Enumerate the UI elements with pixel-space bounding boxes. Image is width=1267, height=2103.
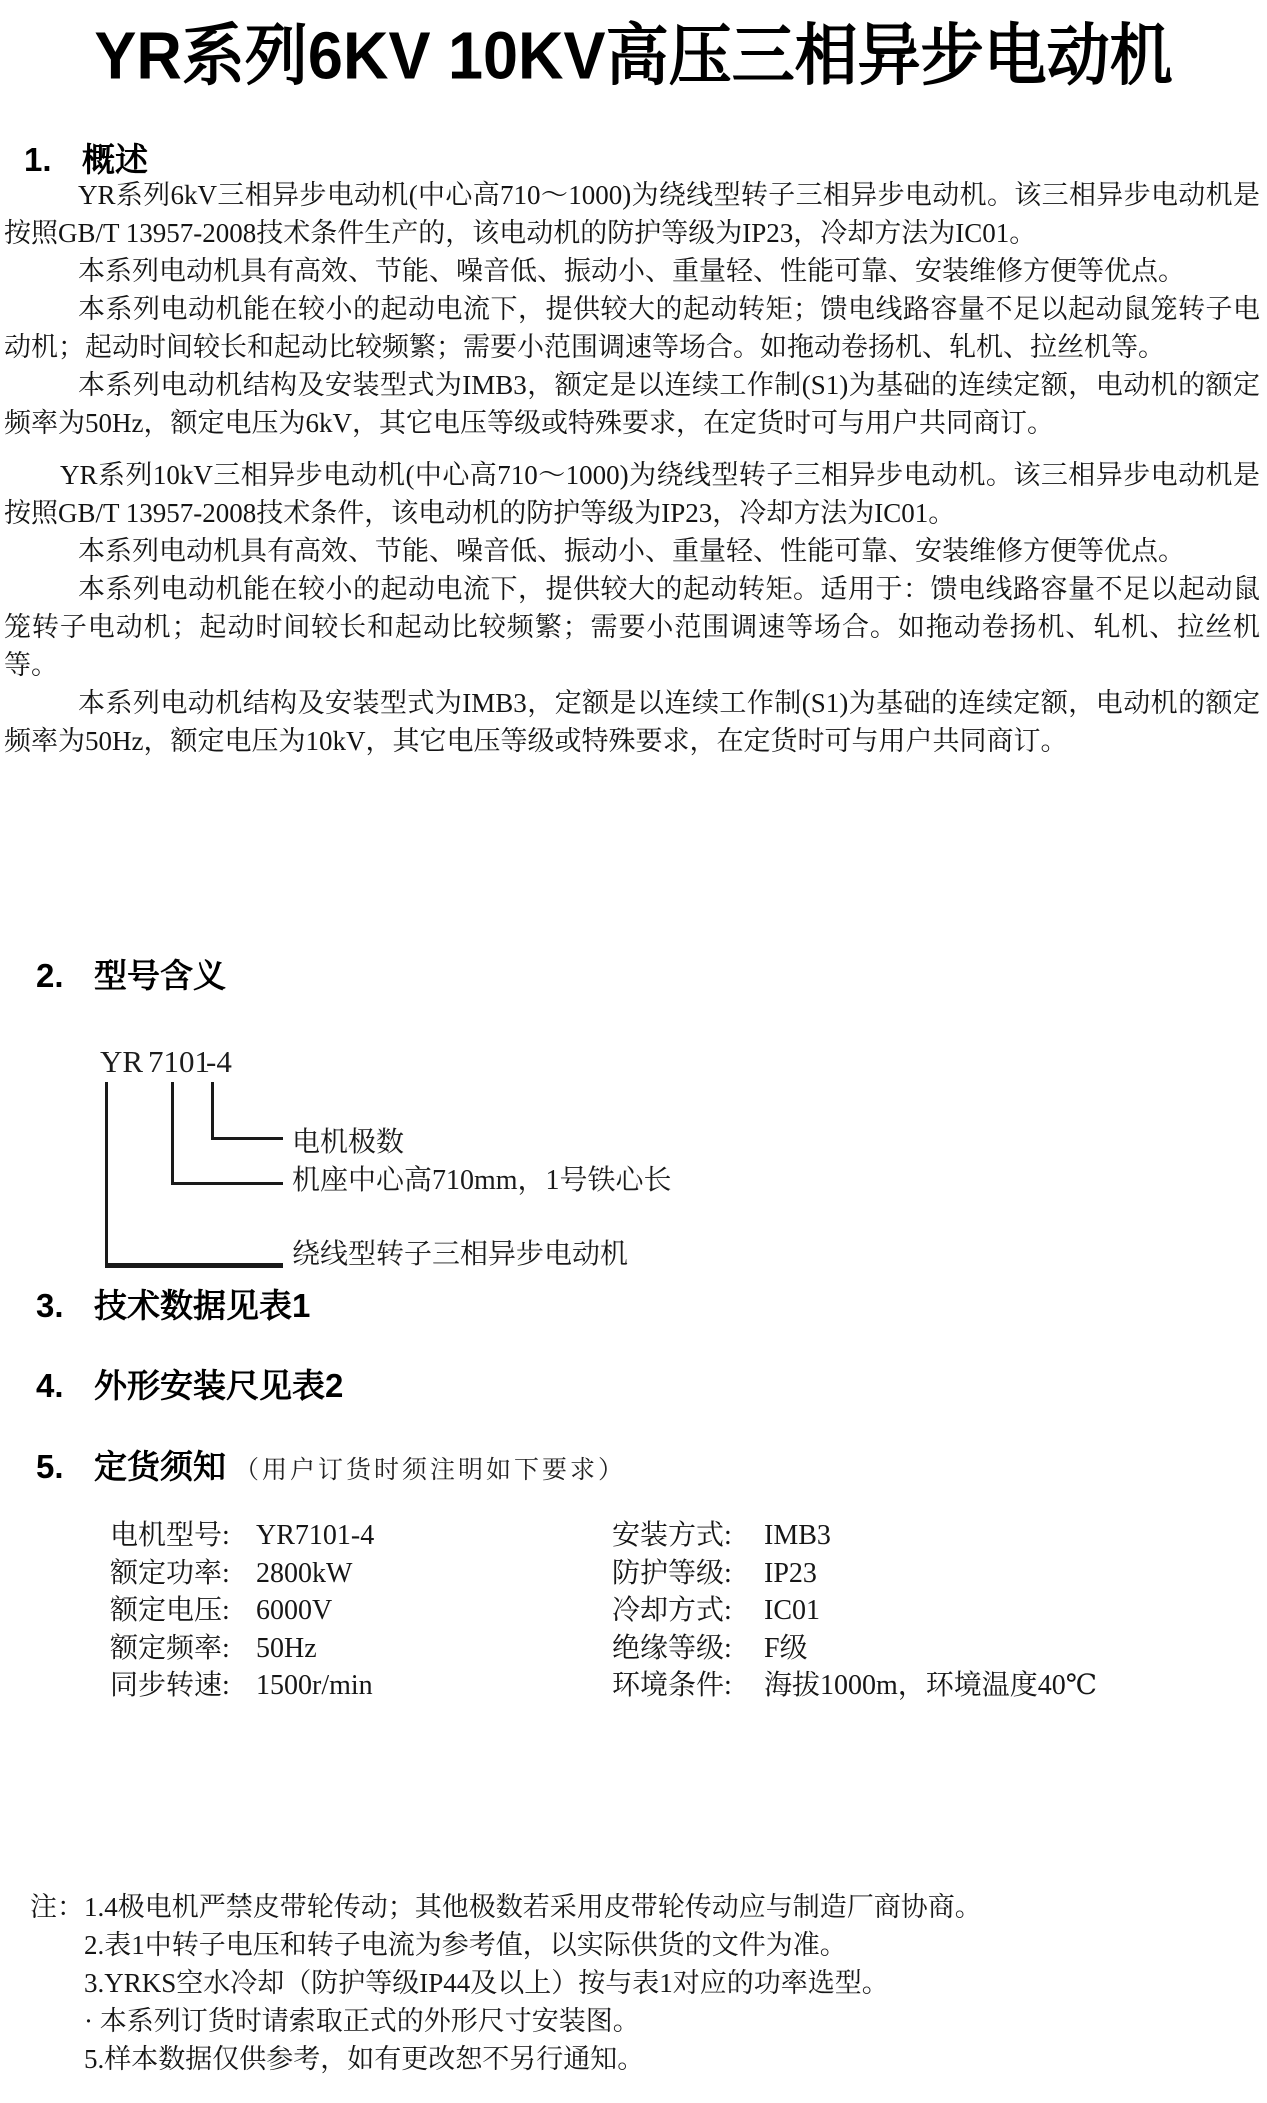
callout-frame: 机座中心高710mm，1号铁心长 [292, 1158, 672, 1198]
paragraph: 本系列电动机能在较小的起动电流下，提供较大的起动转矩；馈电线路容量不足以起动鼠笼… [4, 290, 1260, 366]
section-heading-label: 型号含义 [94, 950, 226, 997]
spec-label: 冷却方式: [612, 1592, 764, 1630]
section-number: 3. [36, 1287, 94, 1325]
section-number: 1. [24, 141, 82, 179]
paragraph: 本系列电动机具有高效、节能、噪音低、振动小、重量轻、性能可靠、安装维修方便等优点… [4, 532, 1260, 570]
note-item: 5.样本数据仅供参考，如有更改恕不另行通知。 [84, 2040, 1245, 2078]
section-number: 2. [36, 957, 94, 995]
footnotes-list: 1.4极电机严禁皮带轮传动；其他极数若采用皮带轮传动应与制造厂商协商。 2.表1… [84, 1888, 1245, 2078]
spec-value: IMB3 [764, 1520, 831, 1551]
callout-poles: 电机极数 [292, 1120, 404, 1160]
spec-label: 同步转速: [110, 1667, 256, 1705]
section-heading-label: 概述 [82, 134, 148, 181]
spec-row: 额定电压:6000V [110, 1592, 374, 1630]
connector-line-vertical-series [105, 1082, 108, 1268]
spec-row: 同步转速:1500r/min [110, 1667, 374, 1705]
section-heading-label: 技术数据见表1 [94, 1280, 310, 1327]
connector-line-horizontal-series [105, 1263, 283, 1268]
spec-label: 电机型号: [110, 1517, 256, 1555]
model-code-frame: 7101 [148, 1044, 210, 1080]
section-heading-note: （用户订货时须注明如下要求） [234, 1450, 626, 1486]
spec-label: 防护等级: [612, 1555, 764, 1593]
spec-label: 环境条件: [612, 1667, 764, 1705]
spec-row: 绝缘等级:F级 [612, 1630, 1097, 1668]
spec-label: 额定电压: [110, 1592, 256, 1630]
spec-value: 1500r/min [256, 1670, 373, 1701]
spec-label: 安装方式: [612, 1517, 764, 1555]
paragraph: 本系列电动机结构及安装型式为IMB3，定额是以连续工作制(S1)为基础的连续定额… [4, 684, 1260, 760]
spec-list-left: 电机型号:YR7101-4 额定功率:2800kW 额定电压:6000V 额定频… [110, 1517, 374, 1705]
paragraph: YR系列10kV三相异步电动机(中心高710～1000)为绕线型转子三相异步电动… [4, 456, 1260, 532]
spec-label: 额定功率: [110, 1555, 256, 1593]
spec-value: IP23 [764, 1558, 817, 1589]
note-item: 1.4极电机严禁皮带轮传动；其他极数若采用皮带轮传动应与制造厂商协商。 [84, 1888, 1245, 1926]
section-heading-overview: 1. 概述 [24, 134, 148, 181]
paragraph: YR系列6kV三相异步电动机(中心高710～1000)为绕线型转子三相异步电动机… [4, 176, 1260, 252]
section-number: 4. [36, 1367, 94, 1405]
spec-row: 防护等级:IP23 [612, 1555, 1097, 1593]
section-heading-model: 2. 型号含义 [36, 950, 226, 997]
spec-value: 50Hz [256, 1633, 317, 1664]
model-code-poles: -4 [206, 1044, 232, 1080]
spec-row: 冷却方式:IC01 [612, 1592, 1097, 1630]
spec-row: 电机型号:YR7101-4 [110, 1517, 374, 1555]
overview-paragraphs: YR系列6kV三相异步电动机(中心高710～1000)为绕线型转子三相异步电动机… [4, 176, 1260, 760]
paragraph: 本系列电动机具有高效、节能、噪音低、振动小、重量轻、性能可靠、安装维修方便等优点… [4, 252, 1260, 290]
spec-row: 额定频率:50Hz [110, 1630, 374, 1668]
connector-line-vertical-poles [211, 1082, 214, 1140]
connector-line-vertical-frame [171, 1082, 174, 1185]
section-heading-dimensions: 4. 外形安装尺见表2 [36, 1360, 343, 1407]
note-item: 3.YRKS空水冷却（防护等级IP44及以上）按与表1对应的功率选型。 [84, 1964, 1245, 2002]
paragraph: 本系列电动机结构及安装型式为IMB3，额定是以连续工作制(S1)为基础的连续定额… [4, 366, 1260, 442]
spec-list-right: 安装方式:IMB3 防护等级:IP23 冷却方式:IC01 绝缘等级:F级 环境… [612, 1517, 1097, 1705]
footnotes: 注： 1.4极电机严禁皮带轮传动；其他极数若采用皮带轮传动应与制造厂商协商。 2… [30, 1888, 1245, 2078]
spec-value: YR7101-4 [256, 1520, 374, 1551]
section-heading-label: 定货须知 [94, 1441, 226, 1488]
spec-value: 海拔1000m，环境温度40℃ [764, 1670, 1097, 1701]
paragraph: 本系列电动机能在较小的起动电流下，提供较大的起动转矩。适用于：馈电线路容量不足以… [4, 570, 1260, 684]
spec-label: 额定频率: [110, 1630, 256, 1668]
connector-line-horizontal-poles [211, 1137, 283, 1140]
callout-series: 绕线型转子三相异步电动机 [292, 1232, 628, 1272]
connector-line-horizontal-frame [171, 1182, 283, 1185]
section-heading-label: 外形安装尺见表2 [94, 1360, 343, 1407]
section-heading-ordering: 5. 定货须知 （用户订货时须注明如下要求） [36, 1441, 626, 1488]
spec-label: 绝缘等级: [612, 1630, 764, 1668]
note-item: 2.表1中转子电压和转子电流为参考值，以实际供货的文件为准。 [84, 1926, 1245, 1964]
section-number: 5. [36, 1448, 94, 1486]
model-designation-diagram: YR 7101 -4 电机极数 机座中心高710mm，1号铁心长 绕线型转子三相… [0, 1040, 1267, 1240]
spec-row: 额定功率:2800kW [110, 1555, 374, 1593]
spec-value: IC01 [764, 1595, 820, 1626]
footnotes-label: 注： [30, 1888, 84, 1926]
spec-row: 安装方式:IMB3 [612, 1517, 1097, 1555]
spec-value: 6000V [256, 1595, 332, 1626]
spec-value: F级 [764, 1633, 808, 1664]
spec-row: 环境条件:海拔1000m，环境温度40℃ [612, 1667, 1097, 1705]
catalog-page: YR系列6KV 10KV高压三相异步电动机 1. 概述 YR系列6kV三相异步电… [0, 0, 1267, 2103]
model-code-series: YR [100, 1044, 143, 1080]
spec-value: 2800kW [256, 1558, 352, 1589]
section-heading-tech-data: 3. 技术数据见表1 [36, 1280, 310, 1327]
page-title: YR系列6KV 10KV高压三相异步电动机 [0, 2, 1267, 98]
note-item: · 本系列订货时请索取正式的外形尺寸安装图。 [84, 2002, 1245, 2040]
